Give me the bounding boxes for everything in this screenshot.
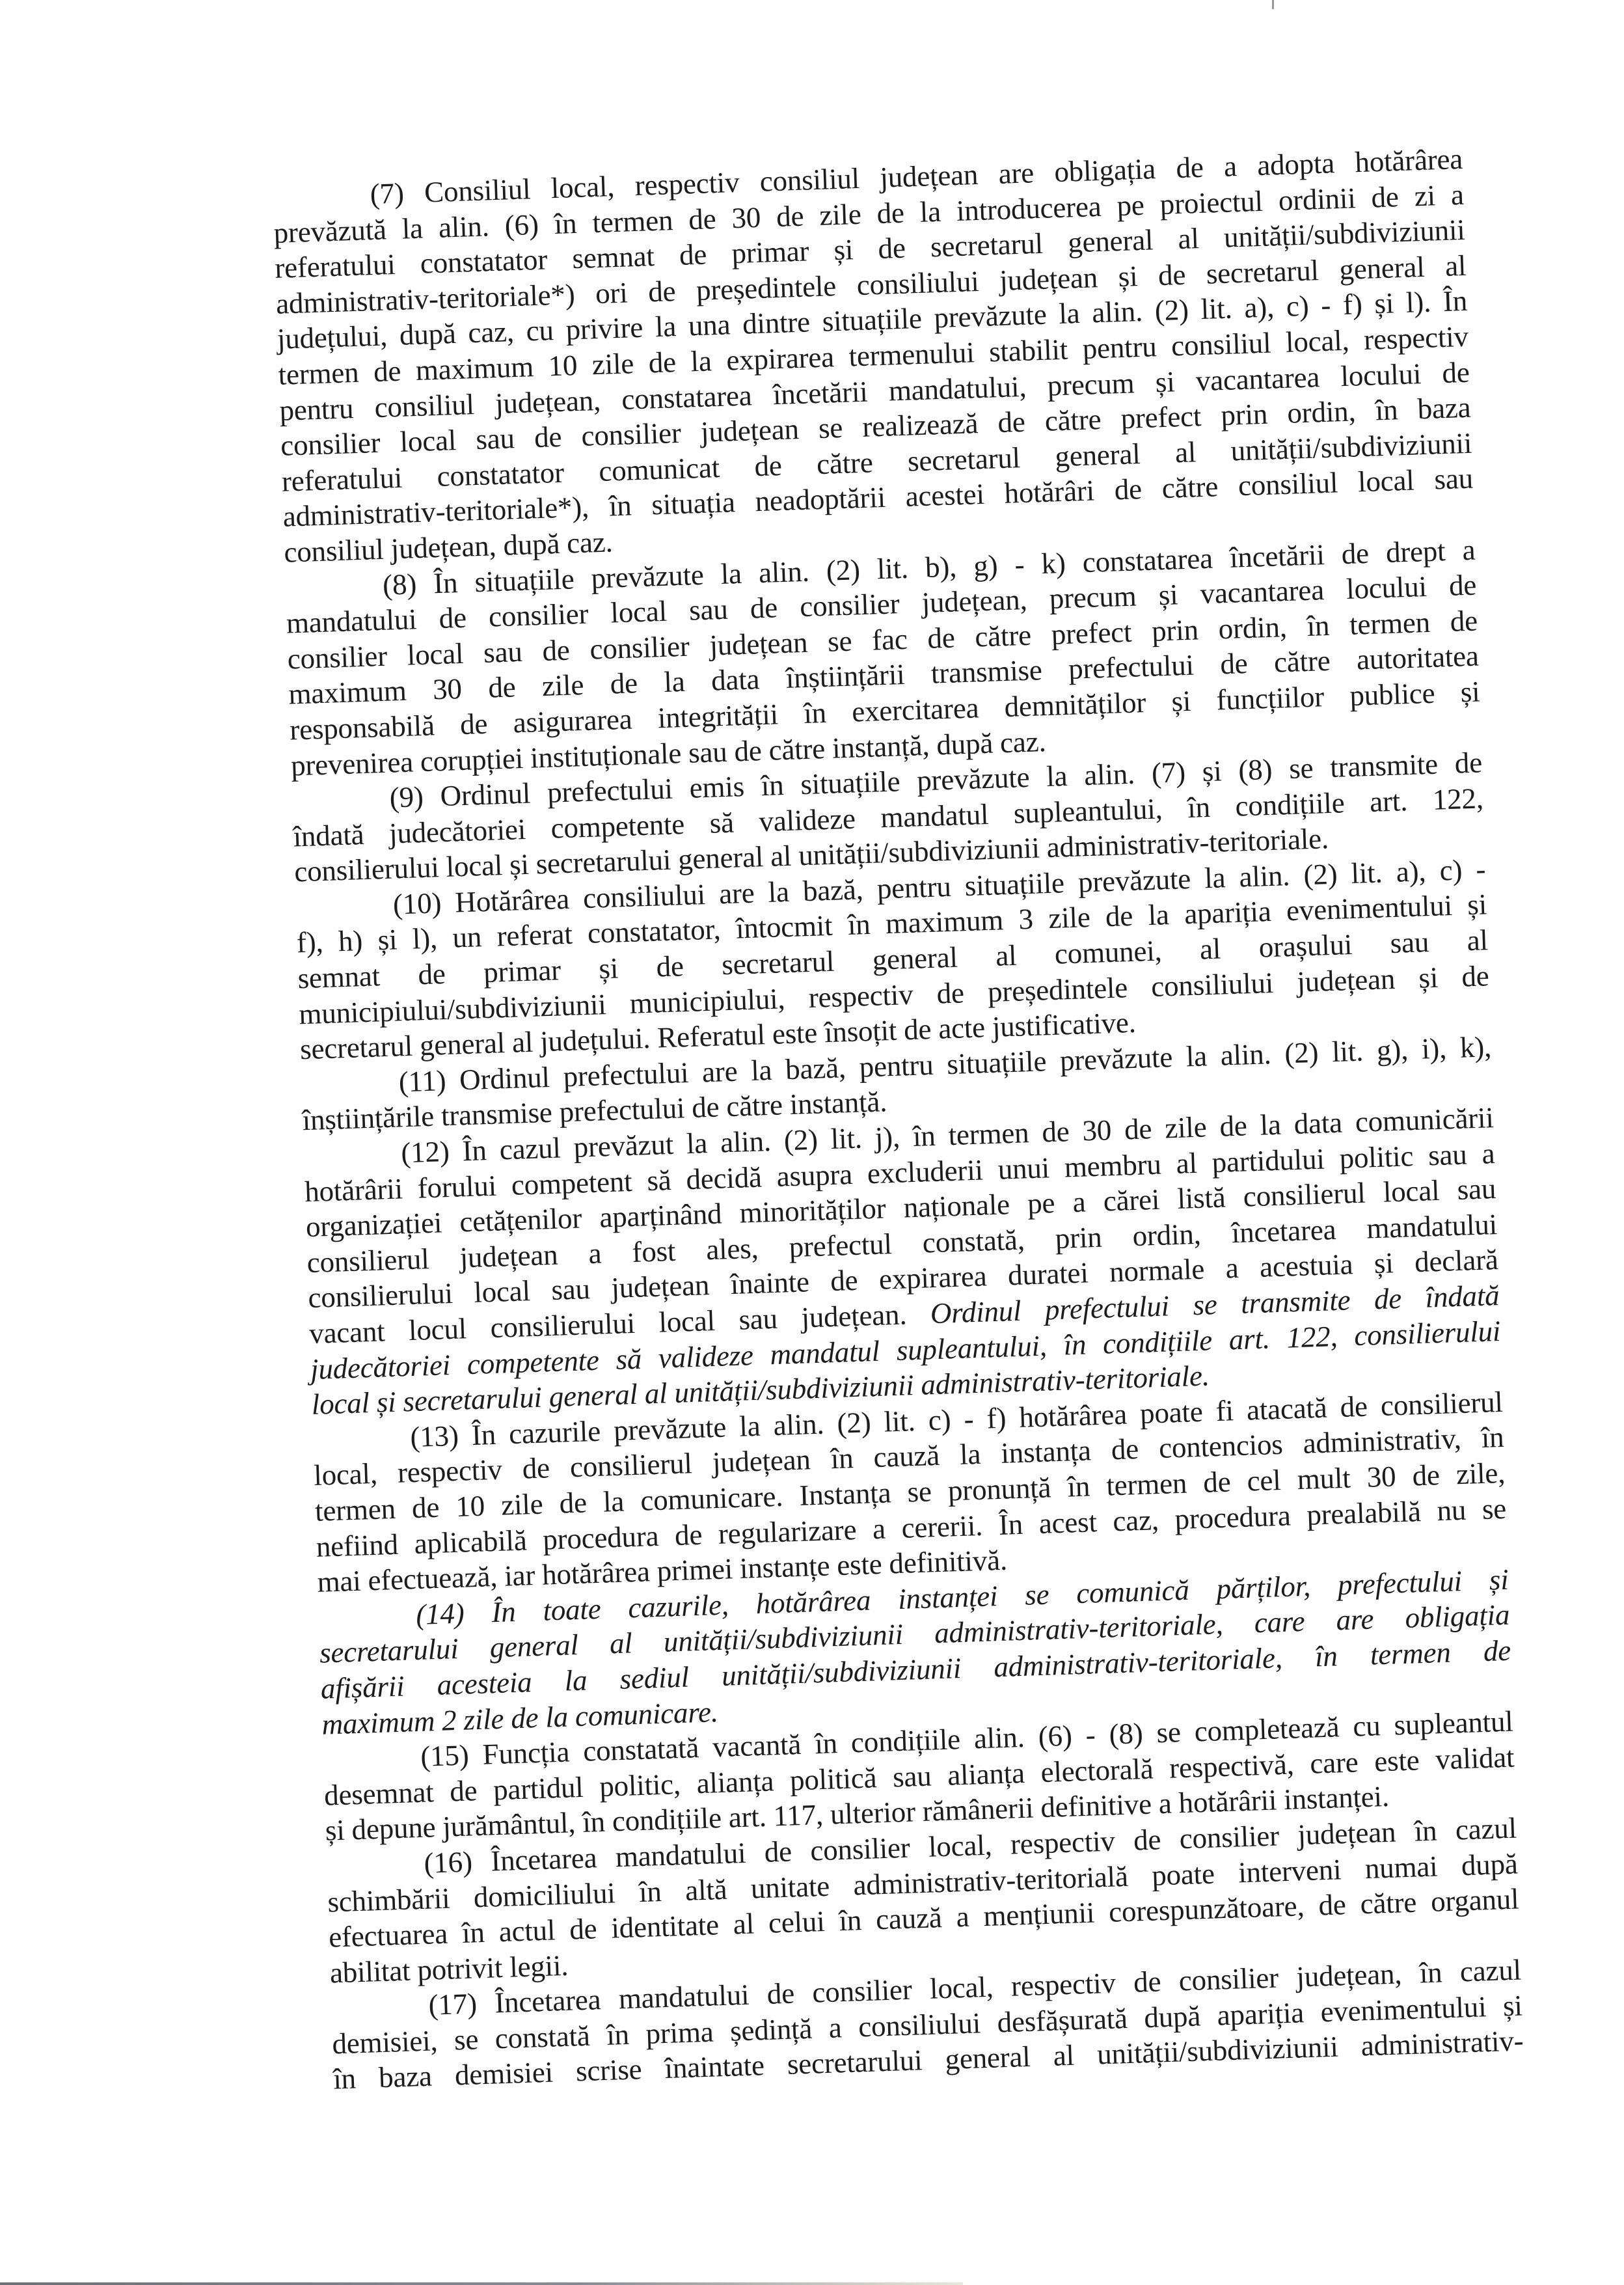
scan-edge-artifact (0, 2282, 963, 2285)
scanned-document-page: (7) Consiliul local, respectiv consiliul… (0, 0, 1624, 2285)
line-text: abilitat potrivit legii. (329, 1949, 569, 1989)
paragraph-0: (7) Consiliul local, respectiv consiliul… (272, 141, 1474, 570)
paragraph-5: (12) În cazul prevăzut la alin. (2) lit.… (303, 1100, 1502, 1423)
scan-artifact-mark (1272, 0, 1274, 9)
paragraph-1: (8) În situațiile prevăzute la alin. (2)… (284, 532, 1482, 783)
document-body: (7) Consiliul local, respectiv consiliul… (272, 141, 1524, 2098)
